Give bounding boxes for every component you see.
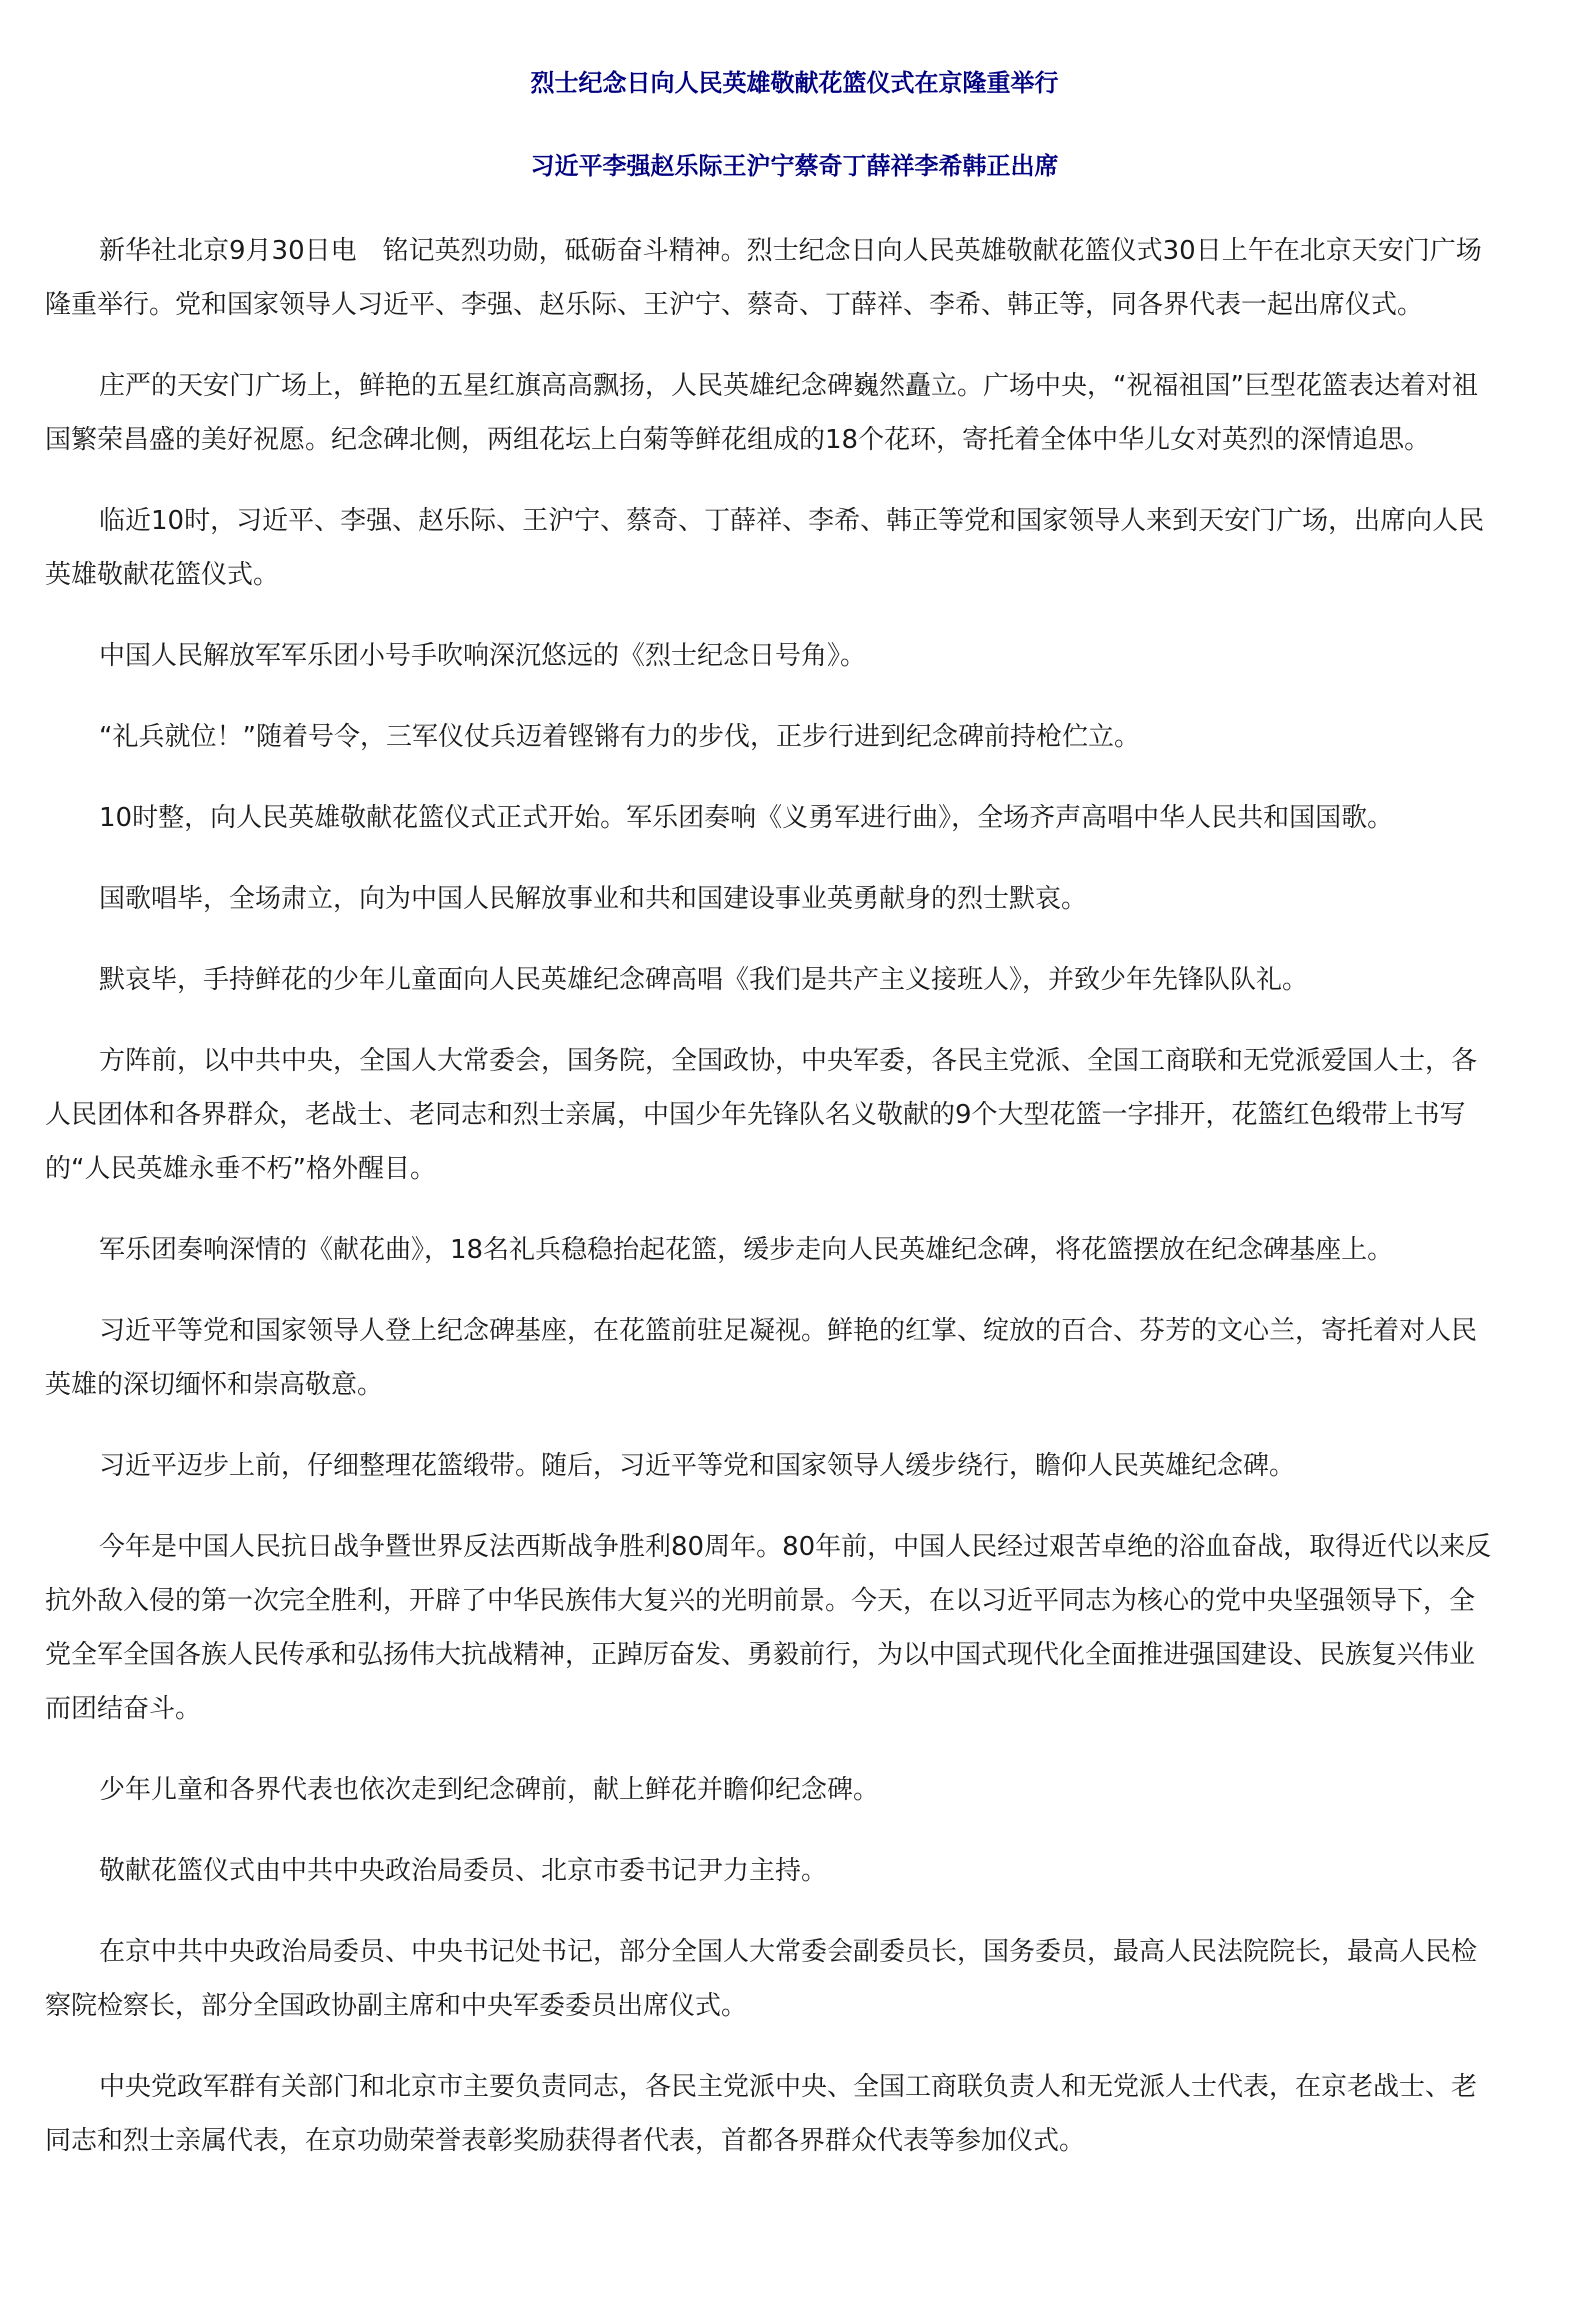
paragraph-line: 临近10时，习近平、李强、赵乐际、王沪宁、蔡奇、丁薛祥、李希、韩正等党和国家领导… [45,494,1545,548]
article-paragraph: 今年是中国人民抗日战争暨世界反法西斯战争胜利80周年。80年前，中国人民经过艰苦… [45,1520,1545,1736]
paragraph-line: 察院检察长，部分全国政协副主席和中央军委委员出席仪式。 [45,1979,1545,2033]
paragraph-line: 今年是中国人民抗日战争暨世界反法西斯战争胜利80周年。80年前，中国人民经过艰苦… [45,1520,1545,1574]
paragraph-line: 敬献花篮仪式由中共中央政治局委员、北京市委书记尹力主持。 [45,1844,1545,1898]
paragraph-line: 默哀毕，手持鲜花的少年儿童面向人民英雄纪念碑高唱《我们是共产主义接班人》，并致少… [45,953,1545,1007]
paragraph-line: 10时整，向人民英雄敬献花篮仪式正式开始。军乐团奏响《义勇军进行曲》，全场齐声高… [45,791,1545,845]
paragraph-line: 国繁荣昌盛的美好祝愿。纪念碑北侧，两组花坛上白菊等鲜花组成的18个花环，寄托着全… [45,413,1545,467]
article-paragraph: 默哀毕，手持鲜花的少年儿童面向人民英雄纪念碑高唱《我们是共产主义接班人》，并致少… [45,953,1545,1007]
paragraph-line: 抗外敌入侵的第一次完全胜利，开辟了中华民族伟大复兴的光明前景。今天，在以习近平同… [45,1574,1545,1628]
article-paragraph: “礼兵就位！”随着号令，三军仪仗兵迈着铿锵有力的步伐，正步行进到纪念碑前持枪伫立… [45,710,1545,764]
paragraph-line: 新华社北京9月30日电 铭记英烈功勋，砥砺奋斗精神。烈士纪念日向人民英雄敬献花篮… [45,224,1545,278]
paragraph-line: 英雄敬献花篮仪式。 [45,548,1545,602]
article-paragraph: 庄严的天安门广场上，鲜艳的五星红旗高高飘扬，人民英雄纪念碑巍然矗立。广场中央，“… [45,359,1545,467]
article-paragraph: 习近平等党和国家领导人登上纪念碑基座，在花篮前驻足凝视。鲜艳的红掌、绽放的百合、… [45,1304,1545,1412]
paragraph-line: 国歌唱毕，全场肃立，向为中国人民解放事业和共和国建设事业英勇献身的烈士默哀。 [45,872,1545,926]
paragraph-line: 在京中共中央政治局委员、中央书记处书记，部分全国人大常委会副委员长，国务委员，最… [45,1925,1545,1979]
paragraph-line: 隆重举行。党和国家领导人习近平、李强、赵乐际、王沪宁、蔡奇、丁薛祥、李希、韩正等… [45,278,1545,332]
article-paragraph: 新华社北京9月30日电 铭记英烈功勋，砥砺奋斗精神。烈士纪念日向人民英雄敬献花篮… [45,224,1545,332]
article-paragraph: 习近平迈步上前，仔细整理花篮缎带。随后，习近平等党和国家领导人缓步绕行，瞻仰人民… [45,1439,1545,1493]
paragraph-line: 同志和烈士亲属代表，在京功勋荣誉表彰奖励获得者代表，首都各界群众代表等参加仪式。 [45,2114,1545,2168]
article-paragraph: 方阵前，以中共中央，全国人大常委会，国务院，全国政协，中央军委，各民主党派、全国… [45,1034,1545,1196]
paragraph-line: 党全军全国各族人民传承和弘扬伟大抗战精神，正踔厉奋发、勇毅前行，为以中国式现代化… [45,1628,1545,1682]
paragraph-line: 军乐团奏响深情的《献花曲》，18名礼兵稳稳抬起花篮，缓步走向人民英雄纪念碑，将花… [45,1223,1545,1277]
paragraph-line: 方阵前，以中共中央，全国人大常委会，国务院，全国政协，中央军委，各民主党派、全国… [45,1034,1545,1088]
article-body: 新华社北京9月30日电 铭记英烈功勋，砥砺奋斗精神。烈士纪念日向人民英雄敬献花篮… [45,224,1545,2195]
paragraph-line: 而团结奋斗。 [45,1682,1545,1736]
article-subtitle: 习近平李强赵乐际王沪宁蔡奇丁薛祥李希韩正出席 [0,151,1589,181]
article-paragraph: 10时整，向人民英雄敬献花篮仪式正式开始。军乐团奏响《义勇军进行曲》，全场齐声高… [45,791,1545,845]
article-paragraph: 中国人民解放军军乐团小号手吹响深沉悠远的《烈士纪念日号角》。 [45,629,1545,683]
paragraph-line: 中央党政军群有关部门和北京市主要负责同志，各民主党派中央、全国工商联负责人和无党… [45,2060,1545,2114]
paragraph-line: 英雄的深切缅怀和崇高敬意。 [45,1358,1545,1412]
article-paragraph: 军乐团奏响深情的《献花曲》，18名礼兵稳稳抬起花篮，缓步走向人民英雄纪念碑，将花… [45,1223,1545,1277]
article-paragraph: 少年儿童和各界代表也依次走到纪念碑前，献上鲜花并瞻仰纪念碑。 [45,1763,1545,1817]
article-paragraph: 国歌唱毕，全场肃立，向为中国人民解放事业和共和国建设事业英勇献身的烈士默哀。 [45,872,1545,926]
paragraph-line: “礼兵就位！”随着号令，三军仪仗兵迈着铿锵有力的步伐，正步行进到纪念碑前持枪伫立… [45,710,1545,764]
paragraph-line: 习近平迈步上前，仔细整理花篮缎带。随后，习近平等党和国家领导人缓步绕行，瞻仰人民… [45,1439,1545,1493]
article-paragraph: 中央党政军群有关部门和北京市主要负责同志，各民主党派中央、全国工商联负责人和无党… [45,2060,1545,2168]
paragraph-line: 少年儿童和各界代表也依次走到纪念碑前，献上鲜花并瞻仰纪念碑。 [45,1763,1545,1817]
paragraph-line: 庄严的天安门广场上，鲜艳的五星红旗高高飘扬，人民英雄纪念碑巍然矗立。广场中央，“… [45,359,1545,413]
paragraph-line: 人民团体和各界群众，老战士、老同志和烈士亲属，中国少年先锋队名义敬献的9个大型花… [45,1088,1545,1142]
paragraph-line: 中国人民解放军军乐团小号手吹响深沉悠远的《烈士纪念日号角》。 [45,629,1545,683]
paragraph-line: 的“人民英雄永垂不朽”格外醒目。 [45,1142,1545,1196]
article-paragraph: 临近10时，习近平、李强、赵乐际、王沪宁、蔡奇、丁薛祥、李希、韩正等党和国家领导… [45,494,1545,602]
paragraph-line: 习近平等党和国家领导人登上纪念碑基座，在花篮前驻足凝视。鲜艳的红掌、绽放的百合、… [45,1304,1545,1358]
article-paragraph: 敬献花篮仪式由中共中央政治局委员、北京市委书记尹力主持。 [45,1844,1545,1898]
article-paragraph: 在京中共中央政治局委员、中央书记处书记，部分全国人大常委会副委员长，国务委员，最… [45,1925,1545,2033]
article-title: 烈士纪念日向人民英雄敬献花篮仪式在京隆重举行 [0,68,1589,98]
